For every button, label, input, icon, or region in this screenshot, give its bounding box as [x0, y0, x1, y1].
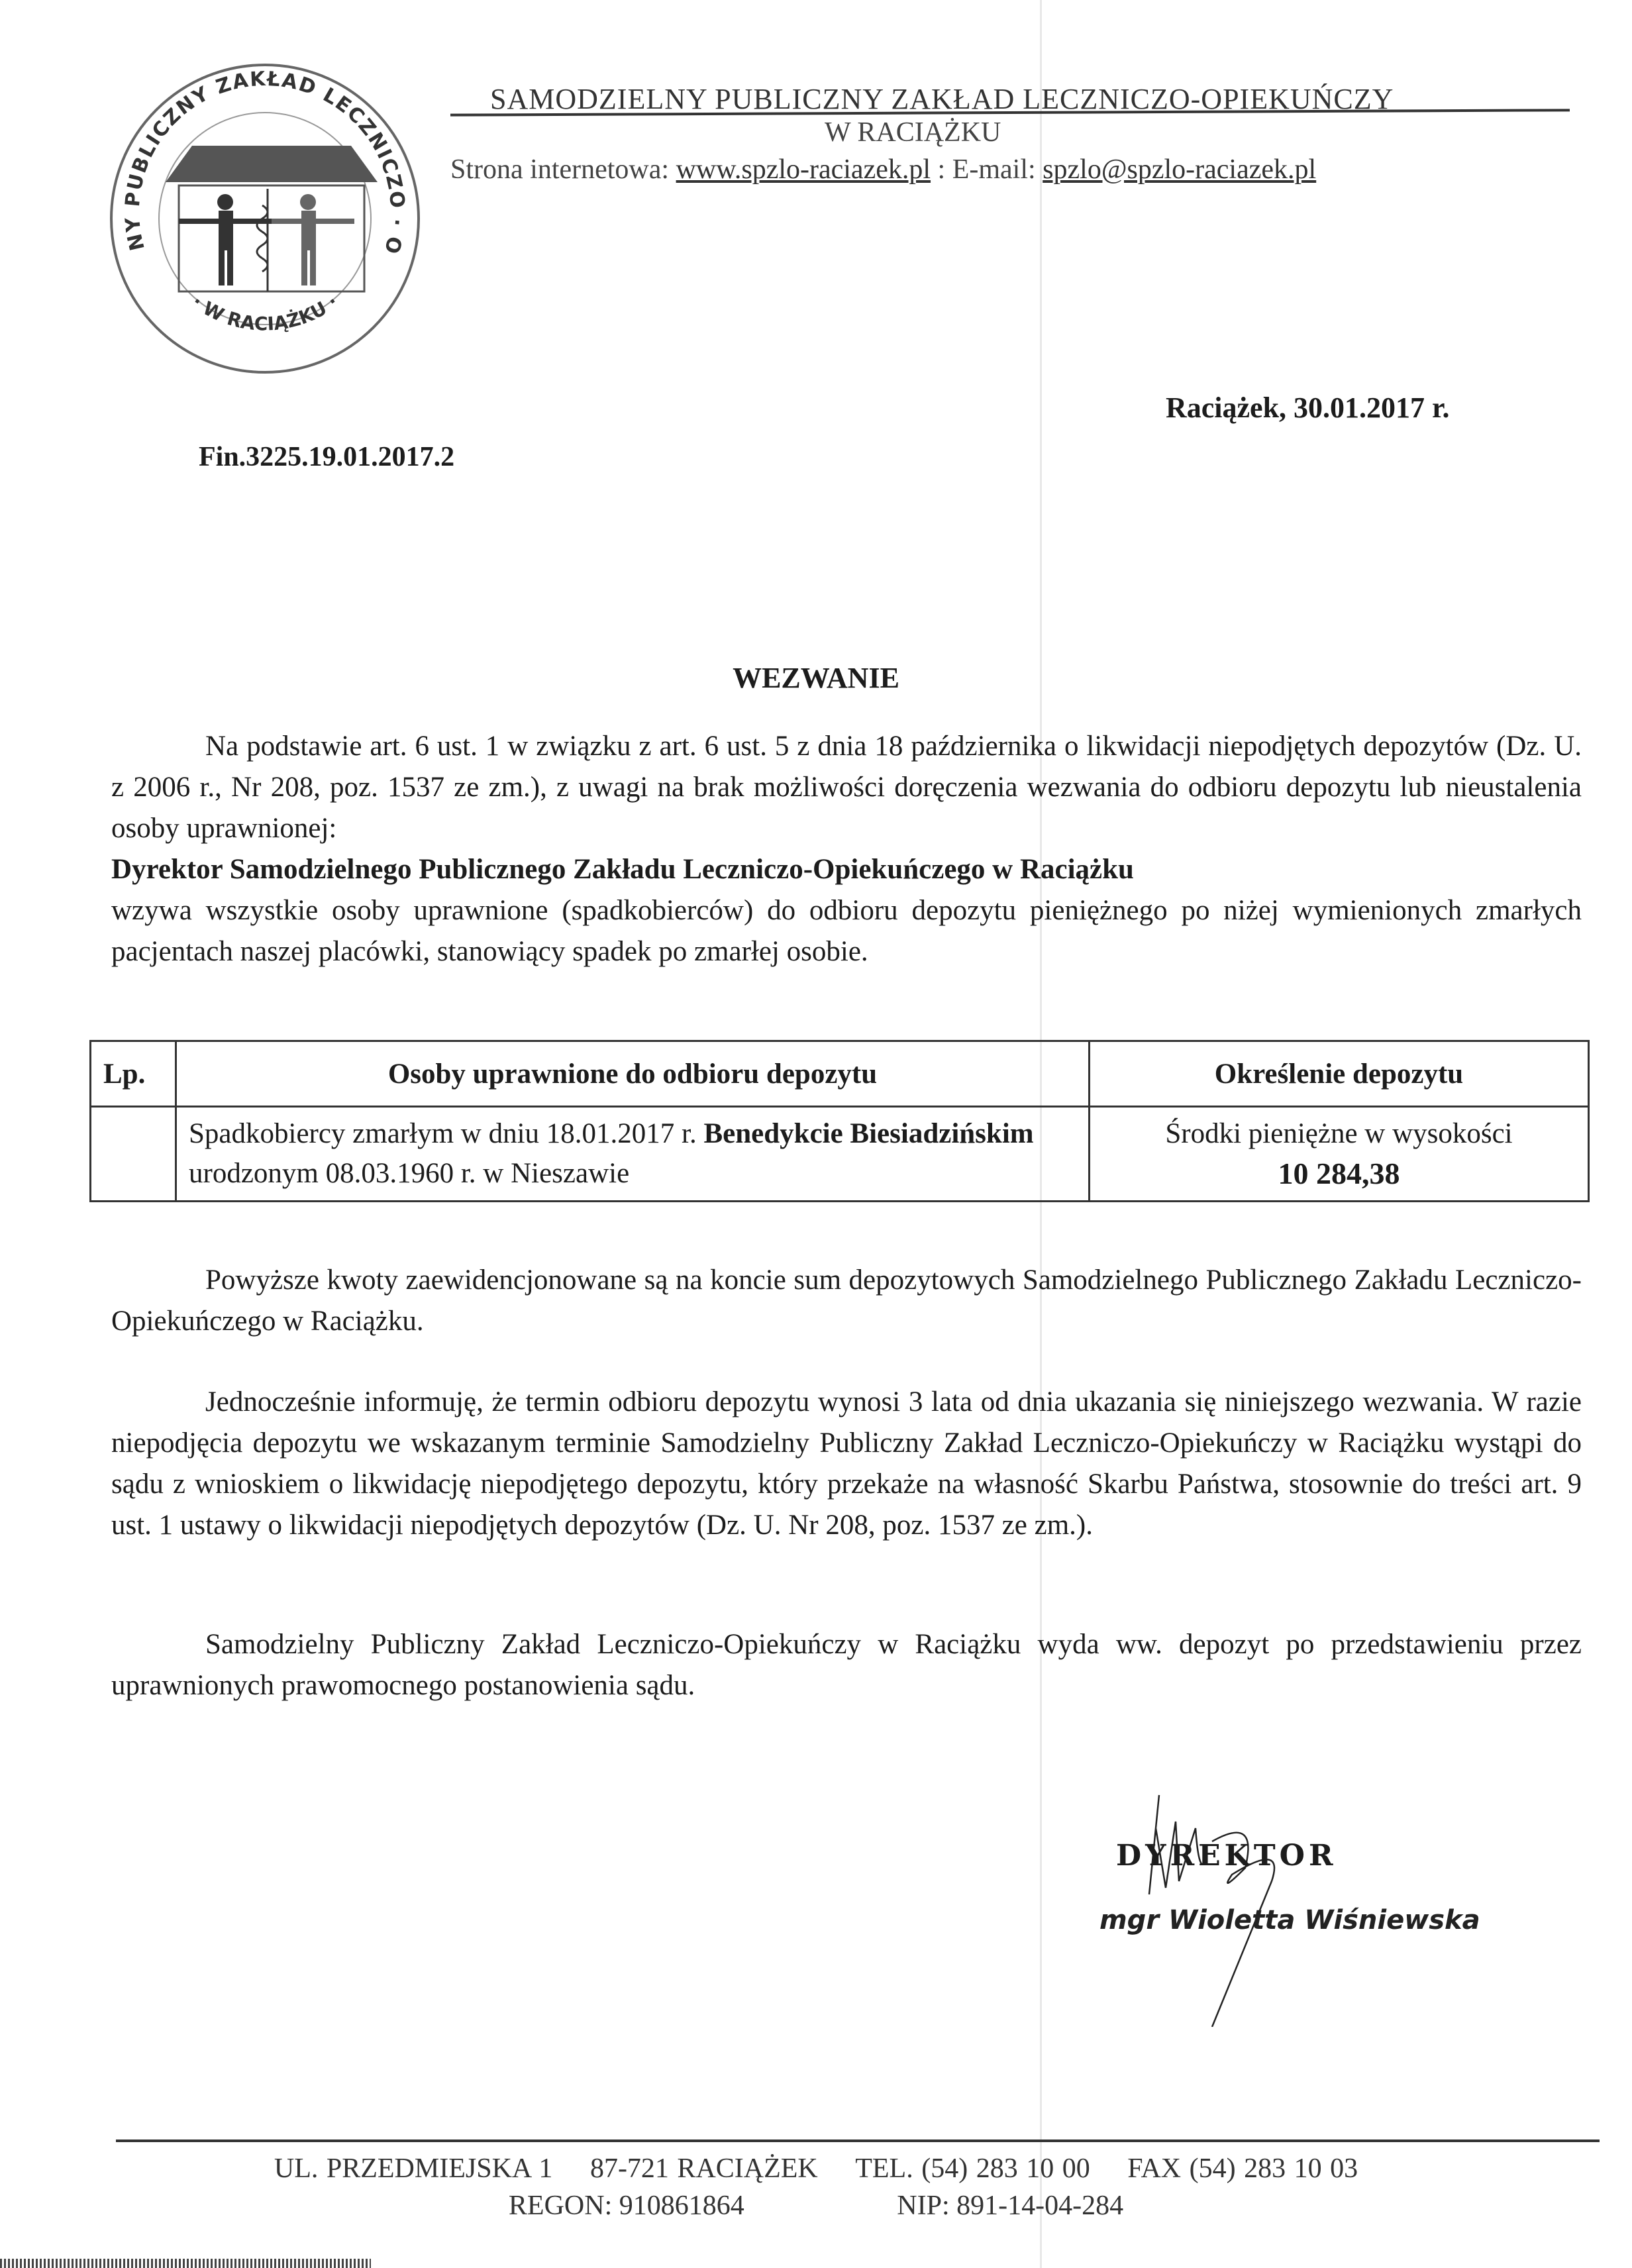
header-deposit: Określenie depozytu: [1090, 1041, 1589, 1107]
footer-ids-line: REGON: 910861864 NIP: 891-14-04-284: [0, 2190, 1632, 2222]
deadline-text: Jednocześnie informuję, że termin odbior…: [111, 1386, 1582, 1541]
issuer-text: Dyrektor Samodzielnego Publicznego Zakła…: [111, 854, 1134, 885]
handwritten-signature: [1033, 1775, 1497, 2027]
person-prefix: Spadkobiercy zmarłym w dniu 18.01.2017 r…: [189, 1118, 697, 1149]
letterhead-contact: Strona internetowa: www.spzlo-raciazek.p…: [450, 154, 1316, 185]
table-header-row: Lp. Osoby uprawnione do odbioru depozytu…: [91, 1041, 1589, 1107]
institution-logo: SAMODZIELNY PUBLICZNY ZAKŁAD LECZNICZO ·…: [99, 53, 431, 384]
header-lp: Lp.: [91, 1041, 176, 1107]
deposit-table: Lp. Osoby uprawnione do odbioru depozytu…: [89, 1040, 1590, 1202]
accounts-text: Powyższe kwoty zaewidencjonowane są na k…: [111, 1264, 1582, 1337]
email-label: E-mail:: [952, 154, 1036, 185]
person-suffix: urodzonym 08.03.1960 r. w Nieszawie: [189, 1158, 629, 1189]
svg-text:· W RACIĄŻKU ·: · W RACIĄŻKU ·: [188, 291, 342, 335]
footer-nip: NIP: 891-14-04-284: [897, 2191, 1123, 2221]
contact-separator: :: [938, 154, 946, 185]
intro-paragraph: Na podstawie art. 6 ust. 1 w związku z a…: [111, 726, 1582, 972]
accounts-paragraph: Powyższe kwoty zaewidencjonowane są na k…: [111, 1260, 1582, 1342]
footer-phone: TEL. (54) 283 10 00: [855, 2153, 1090, 2184]
scan-artifact-bar: [0, 2259, 371, 2268]
signatory-name: mgr Wioletta Wiśniewska: [1099, 1905, 1480, 1935]
website-link[interactable]: www.spzlo-raciazek.pl: [676, 154, 931, 185]
footer-regon: REGON: 910861864: [509, 2191, 744, 2221]
caduceus-icon: [257, 189, 268, 291]
deposit-amount: 10 284,38: [1102, 1154, 1576, 1194]
cell-persons: Spadkobiercy zmarłym w dniu 18.01.2017 r…: [176, 1107, 1090, 1202]
email-link[interactable]: spzlo@spzlo-raciazek.pl: [1043, 154, 1316, 185]
release-text: Samodzielny Publiczny Zakład Leczniczo-O…: [111, 1629, 1582, 1701]
footer-fax: FAX (54) 283 10 03: [1127, 2153, 1358, 2184]
letterhead-subtitle: W RACIĄŻKU: [825, 117, 1001, 148]
signature-title: DYREKTOR: [1116, 1839, 1337, 1873]
cell-deposit: Środki pieniężne w wysokości 10 284,38: [1090, 1107, 1589, 1202]
footer-city: 87-721 RACIĄŻEK: [590, 2153, 818, 2184]
footer-address-line: UL. PRZEDMIEJSKA 1 87-721 RACIĄŻEK TEL. …: [0, 2153, 1632, 2185]
call-text: wzywa wszystkie osoby uprawnione (spadko…: [111, 895, 1582, 967]
reference-number: Fin.3225.19.01.2017.2: [199, 441, 454, 473]
document-date: Raciążek, 30.01.2017 r.: [1166, 391, 1450, 425]
deposit-label: Środki pieniężne w wysokości: [1102, 1114, 1576, 1154]
release-paragraph: Samodzielny Publiczny Zakład Leczniczo-O…: [111, 1624, 1582, 1706]
website-label: Strona internetowa:: [450, 154, 669, 185]
logo-ring-bottom-text: · W RACIĄŻKU ·: [188, 291, 342, 335]
footer-rule: [116, 2139, 1600, 2142]
header-persons: Osoby uprawnione do odbioru depozytu: [176, 1041, 1090, 1107]
table-row: Spadkobiercy zmarłym w dniu 18.01.2017 r…: [91, 1107, 1589, 1202]
document-heading: WEZWANIE: [0, 661, 1632, 695]
deadline-paragraph: Jednocześnie informuję, że termin odbior…: [111, 1382, 1582, 1546]
person-name: Benedykcie Biesiadzińskim: [703, 1118, 1033, 1149]
cell-lp: [91, 1107, 176, 1202]
footer-street: UL. PRZEDMIEJSKA 1: [274, 2153, 553, 2184]
intro-text: Na podstawie art. 6 ust. 1 w związku z a…: [111, 731, 1582, 844]
